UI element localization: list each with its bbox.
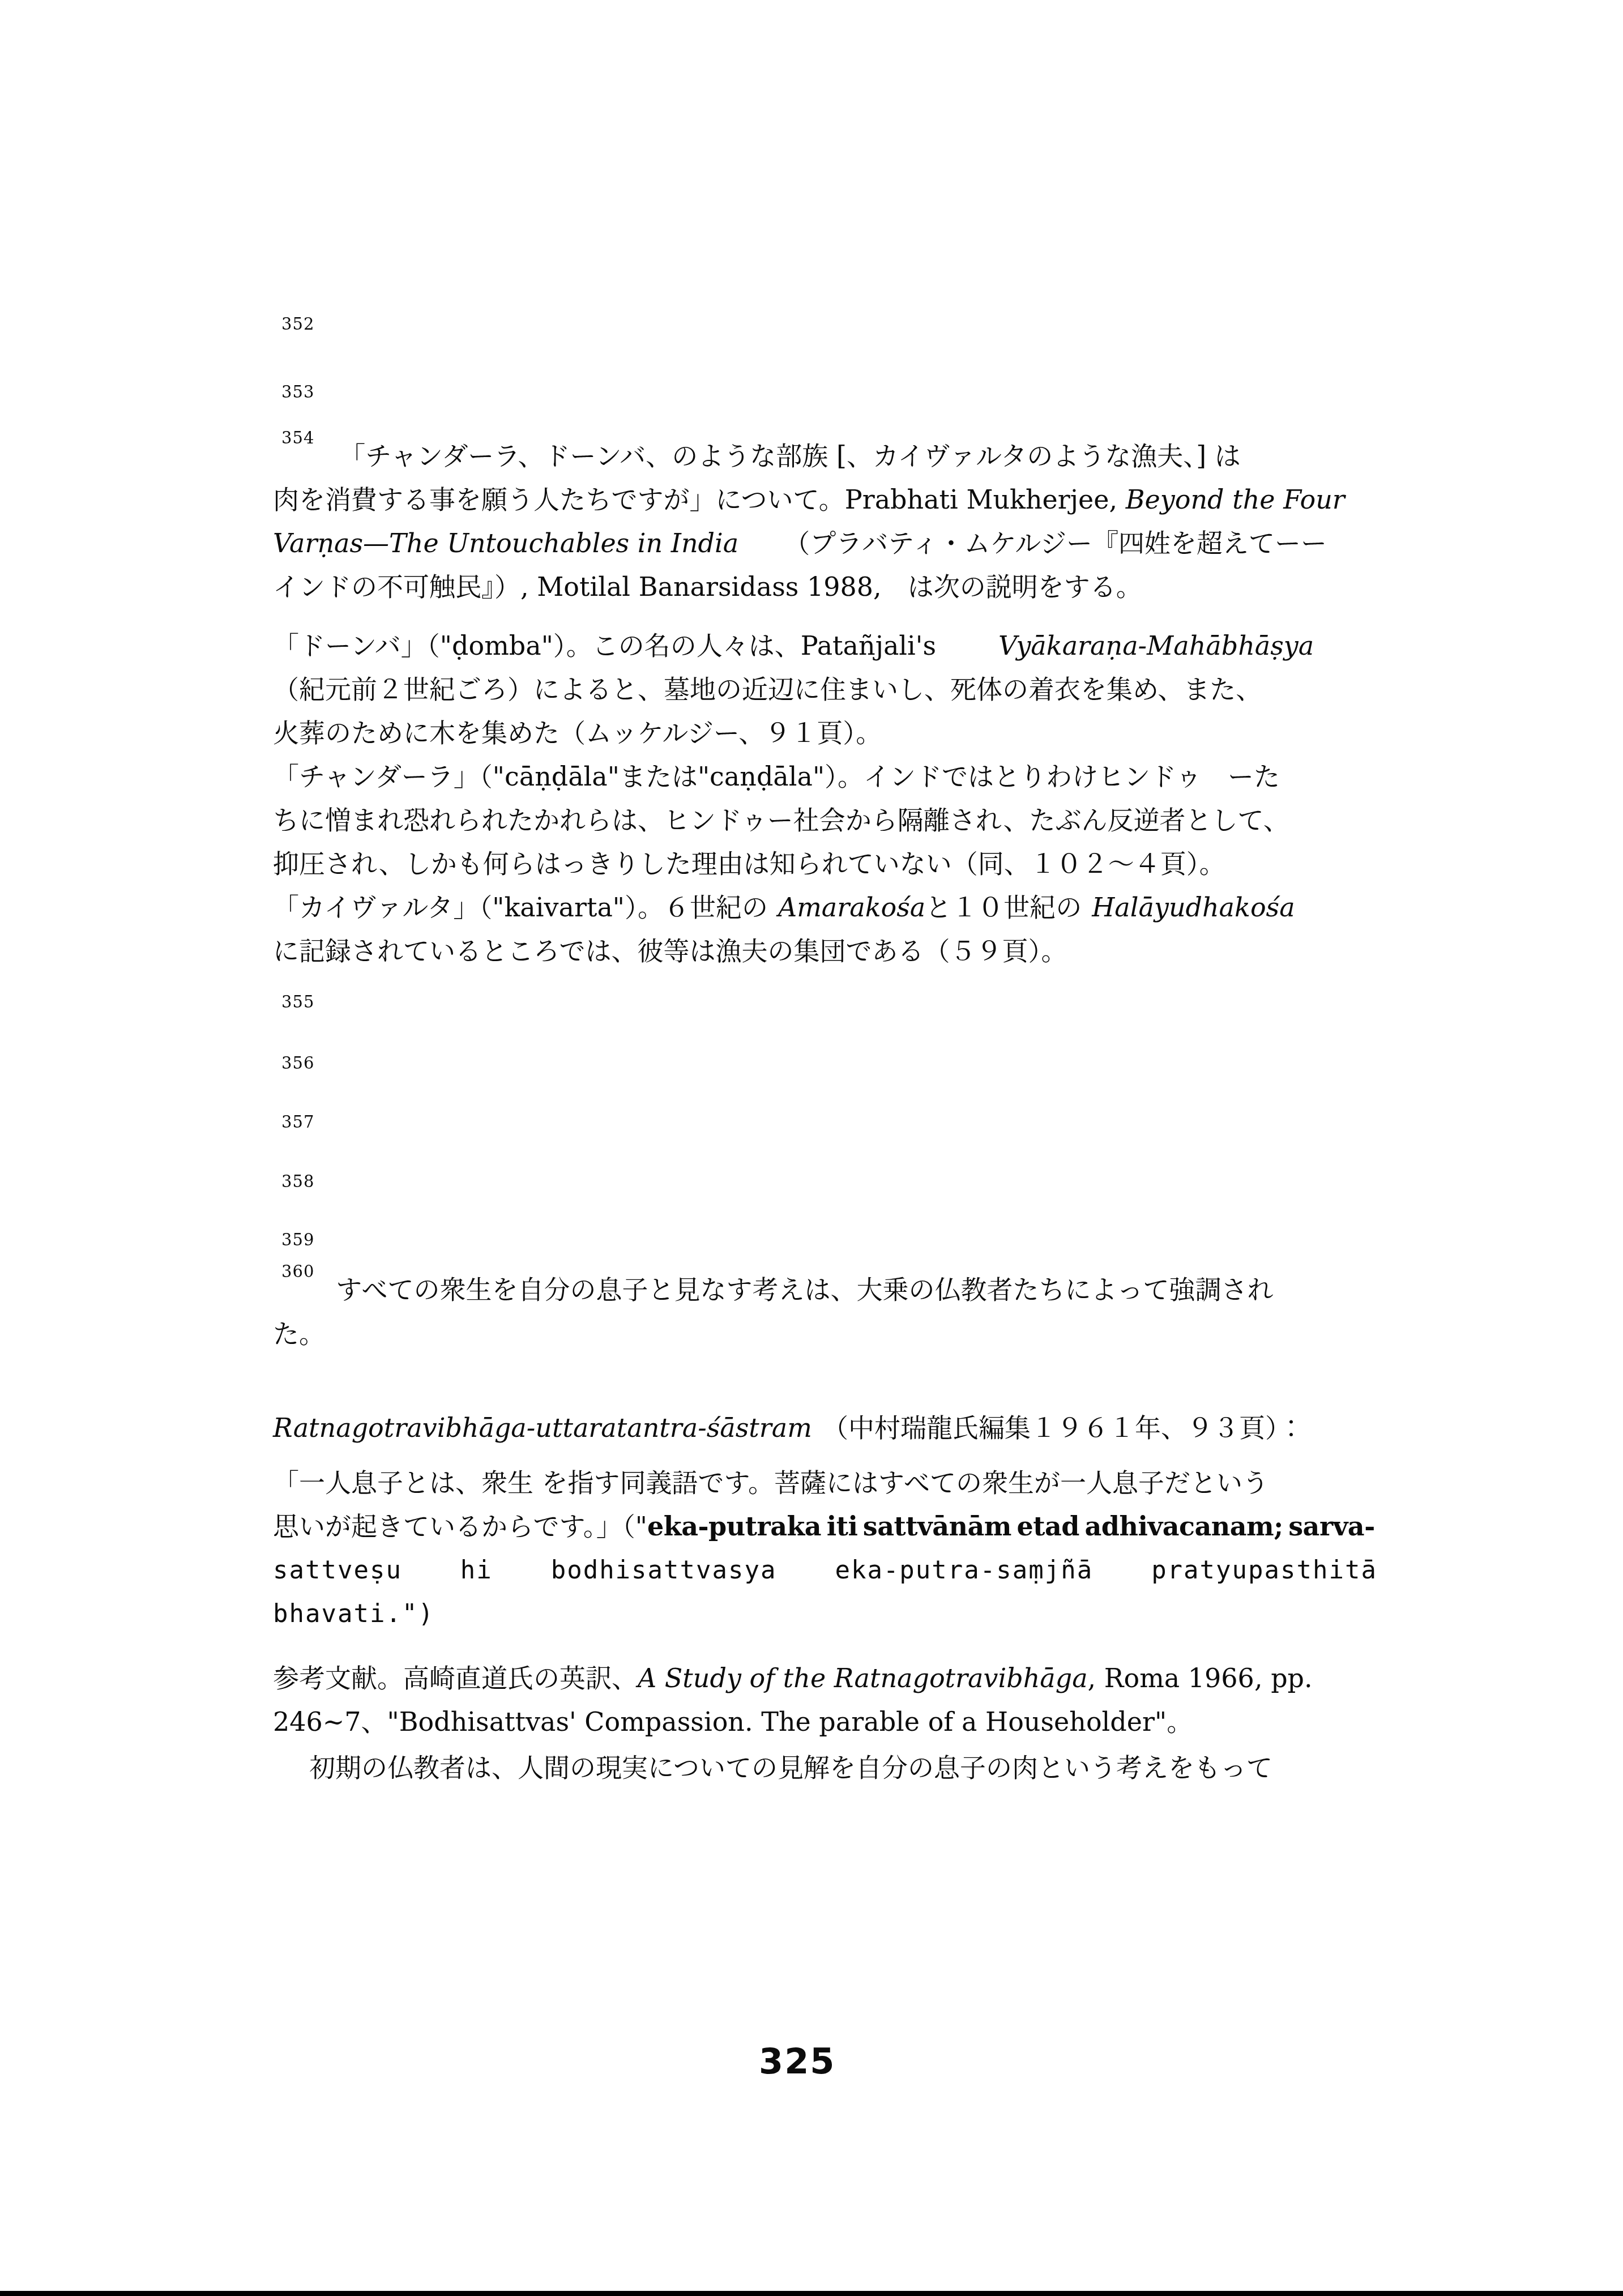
footnote-360-line-1: 360すべての衆生を自分の息子と見なす考えは、大乗の仏教者たちによって強調され <box>273 1262 1377 1312</box>
sanskrit-word: sattveṣu <box>273 1548 402 1592</box>
sanskrit-word: eka-putra-saṃjñā <box>835 1548 1093 1592</box>
footnote-354-text: 肉を消費する事を願う人たちですが」について。Prabhati Mukherjee… <box>273 484 1126 515</box>
paragraph-domba-line-2: （紀元前２世紀ごろ）によると、墓地の近辺に住まいし、死体の着衣を集め、また、 <box>273 668 1377 711</box>
paragraph-kaivarta: 「カイヴァルタ」（"kaivarta"）。６世紀のAmarakośaと１０世紀の… <box>273 886 1377 973</box>
paragraph-domba-text: （紀元前２世紀ごろ）によると、墓地の近辺に住まいし、死体の着衣を集め、また、 <box>273 674 1262 705</box>
citation-ratnagotravibhaga-text: （中村瑞龍氏編集１９６１年、９３頁）： <box>822 1412 1304 1443</box>
footnote-354-number: 354 <box>281 428 314 447</box>
sanskrit-word: pratyupasthitā <box>1151 1548 1377 1592</box>
book-title-beyond-the-four-varnas: Beyond the Four <box>1126 484 1345 515</box>
paragraph-domba: 「ドーンバ」（"ḍomba"）。この名の人々は、Patañjali'sVyāka… <box>273 624 1377 755</box>
book-title-ratnagotravibhaga-uttaratantra-sastram: Ratnagotravibhāga-uttaratantra-śāstram <box>273 1412 812 1443</box>
closing-line-1: 初期の仏教者は、人間の現実についての見解を自分の息子の肉という考えをもって <box>273 1746 1377 1790</box>
footnote-354-text: インドの不可触民』）, Motilal Banarsidass 1988, は次… <box>273 571 1142 602</box>
paragraph-domba-text: 火葬のために木を集めた（ムッケルジー、９１頁）。 <box>273 718 882 748</box>
paragraph-kaivarta-text: 「カイヴァルタ」（"kaivarta"）。６世紀の <box>273 892 768 923</box>
paragraph-domba-line-1: 「ドーンバ」（"ḍomba"）。この名の人々は、Patañjali'sVyāka… <box>273 624 1377 668</box>
paragraph-candala-text: 「チャンダーラ」（"cāṇḍāla"または"caṇḍāla"）。インドではとりわ… <box>273 761 1280 792</box>
quotation-line-2: 思いが起きているからです。」（"eka-putraka iti sattvānā… <box>273 1505 1377 1548</box>
paragraph-kaivarta-text: に記録されているところでは、彼等は漁夫の集団である（５９頁）。 <box>273 936 1067 966</box>
page-number: 325 <box>759 2039 1377 2083</box>
footnote-360-line-2: た。 <box>273 1312 1377 1356</box>
footnote-354-text: 「チャンダーラ、ドーンバ、のような部族 [、カイヴァルタのような漁夫、] は <box>339 441 1240 471</box>
scan-edge-artifact <box>0 2291 1623 2296</box>
paragraph-candala-line-3: 抑圧され、しかも何らはっきりした理由は知られていない（同、１０２～４頁）。 <box>273 842 1377 886</box>
paragraph-candala: 「チャンダーラ」（"cāṇḍāla"または"caṇḍāla"）。インドではとりわ… <box>273 755 1377 886</box>
footnote-353-number: 353 <box>281 381 1377 403</box>
quotation-line-4: bhavati.") <box>273 1592 1377 1636</box>
closing-paragraph: 初期の仏教者は、人間の現実についての見解を自分の息子の肉という考えをもって <box>273 1746 1377 1790</box>
quotation-line-1: 「一人息子とは、衆生 を指す同義語です。菩薩にはすべての衆生が一人息子だという <box>273 1461 1377 1505</box>
paragraph-candala-text: 抑圧され、しかも何らはっきりした理由は知られていない（同、１０２～４頁）。 <box>273 848 1225 879</box>
footnote-360-text: た。 <box>273 1318 325 1349</box>
reference-line-2: 246~7、"Bodhisattvas' Compassion. The par… <box>273 1700 1377 1744</box>
paragraph-kaivarta-line-1: 「カイヴァルタ」（"kaivarta"）。６世紀のAmarakośaと１０世紀の… <box>273 886 1377 929</box>
footnote-360-text: すべての衆生を自分の息子と見なす考えは、大乗の仏教者たちによって強調され <box>336 1275 1273 1305</box>
footnote-356-number: 356 <box>281 1052 1377 1074</box>
book-title-vyakarana-mahabhasya: Vyākaraṇa-Mahābhāṣya <box>998 630 1314 661</box>
quotation-text: 思いが起きているからです。」（" <box>273 1511 647 1542</box>
footnote-360: 360すべての衆生を自分の息子と見なす考えは、大乗の仏教者たちによって強調され … <box>273 1262 1377 1355</box>
footnote-354-line-4: インドの不可触民』）, Motilal Banarsidass 1988, は次… <box>273 565 1377 609</box>
sanskrit-word: bhavati.") <box>273 1599 434 1628</box>
reference-paragraph: 参考文献。高崎直道氏の英訳、A Study of the Ratnagotrav… <box>273 1657 1377 1744</box>
quotation-text: 「一人息子とは、衆生 を指す同義語です。菩薩にはすべての衆生が一人息子だという <box>273 1467 1268 1498</box>
reference-text: , Roma 1966, pp. <box>1088 1663 1313 1693</box>
footnote-354: 354「チャンダーラ、ドーンバ、のような部族 [、カイヴァルタのような漁夫、] … <box>273 429 1377 609</box>
citation-ratnagotravibhaga: Ratnagotravibhāga-uttaratantra-śāstram（中… <box>273 1406 1377 1450</box>
book-title-a-study-of-the-ratnagotravibhaga: A Study of the Ratnagotravibhāga <box>638 1663 1088 1693</box>
quotation-block: 「一人息子とは、衆生 を指す同義語です。菩薩にはすべての衆生が一人息子だという … <box>273 1461 1377 1636</box>
page-content: 352 353 354「チャンダーラ、ドーンバ、のような部族 [、カイヴァルタの… <box>273 0 1377 2083</box>
paragraph-candala-line-1: 「チャンダーラ」（"cāṇḍāla"または"caṇḍāla"）。インドではとりわ… <box>273 755 1377 799</box>
paragraph-kaivarta-line-2: に記録されているところでは、彼等は漁夫の集団である（５９頁）。 <box>273 929 1377 973</box>
footnote-358-number: 358 <box>281 1170 1377 1193</box>
sanskrit-word: hi <box>460 1548 493 1592</box>
citation-ratnagotravibhaga-line: Ratnagotravibhāga-uttaratantra-śāstram（中… <box>273 1406 1377 1450</box>
footnote-354-line-3: Varṇas—The Untouchables in India（プラバティ・ム… <box>273 522 1377 565</box>
footnote-352-number: 352 <box>281 313 1377 335</box>
footnote-355-number: 355 <box>281 991 1377 1013</box>
footnote-354-line-2: 肉を消費する事を願う人たちですが」について。Prabhati Mukherjee… <box>273 478 1377 522</box>
book-title-amarakosa: Amarakośa <box>778 892 925 923</box>
paragraph-kaivarta-text: と１０世紀の <box>925 892 1082 923</box>
footnote-359-number: 359 <box>281 1228 1377 1251</box>
footnote-354-text: （プラバティ・ムケルジー『四姓を超えてーー <box>784 528 1327 558</box>
book-title-beyond-the-four-varnas: Varṇas—The Untouchables in India <box>273 528 738 558</box>
reference-line-1: 参考文献。高崎直道氏の英訳、A Study of the Ratnagotrav… <box>273 1657 1377 1700</box>
quotation-line-3: sattveṣu hi bodhisattvasya eka-putra-saṃ… <box>273 1548 1377 1592</box>
reference-text: 246~7、"Bodhisattvas' Compassion. The par… <box>273 1706 1193 1737</box>
footnote-354-line-1: 354「チャンダーラ、ドーンバ、のような部族 [、カイヴァルタのような漁夫、] … <box>273 429 1377 478</box>
sanskrit-quote-text: eka-putraka iti sattvānām etad adhivacan… <box>647 1511 1375 1542</box>
paragraph-domba-text: 「ドーンバ」（"ḍomba"）。この名の人々は、Patañjali's <box>273 630 936 661</box>
paragraph-candala-text: ちに憎まれ恐れられたかれらは、ヒンドゥー社会から隔離され、たぶん反逆者として、 <box>273 805 1289 835</box>
paragraph-domba-line-3: 火葬のために木を集めた（ムッケルジー、９１頁）。 <box>273 711 1377 755</box>
sanskrit-word: bodhisattvasya <box>551 1548 777 1592</box>
reference-text: 参考文献。高崎直道氏の英訳、 <box>273 1663 638 1693</box>
scanned-page: 352 353 354「チャンダーラ、ドーンバ、のような部族 [、カイヴァルタの… <box>0 0 1623 2296</box>
paragraph-candala-line-2: ちに憎まれ恐れられたかれらは、ヒンドゥー社会から隔離され、たぶん反逆者として、 <box>273 799 1377 842</box>
footnote-357-number: 357 <box>281 1111 1377 1133</box>
footnote-360-number: 360 <box>281 1262 314 1281</box>
book-title-halayudhakosa: Halāyudhakośa <box>1092 892 1295 923</box>
closing-text: 初期の仏教者は、人間の現実についての見解を自分の息子の肉という考えをもって <box>309 1752 1272 1783</box>
